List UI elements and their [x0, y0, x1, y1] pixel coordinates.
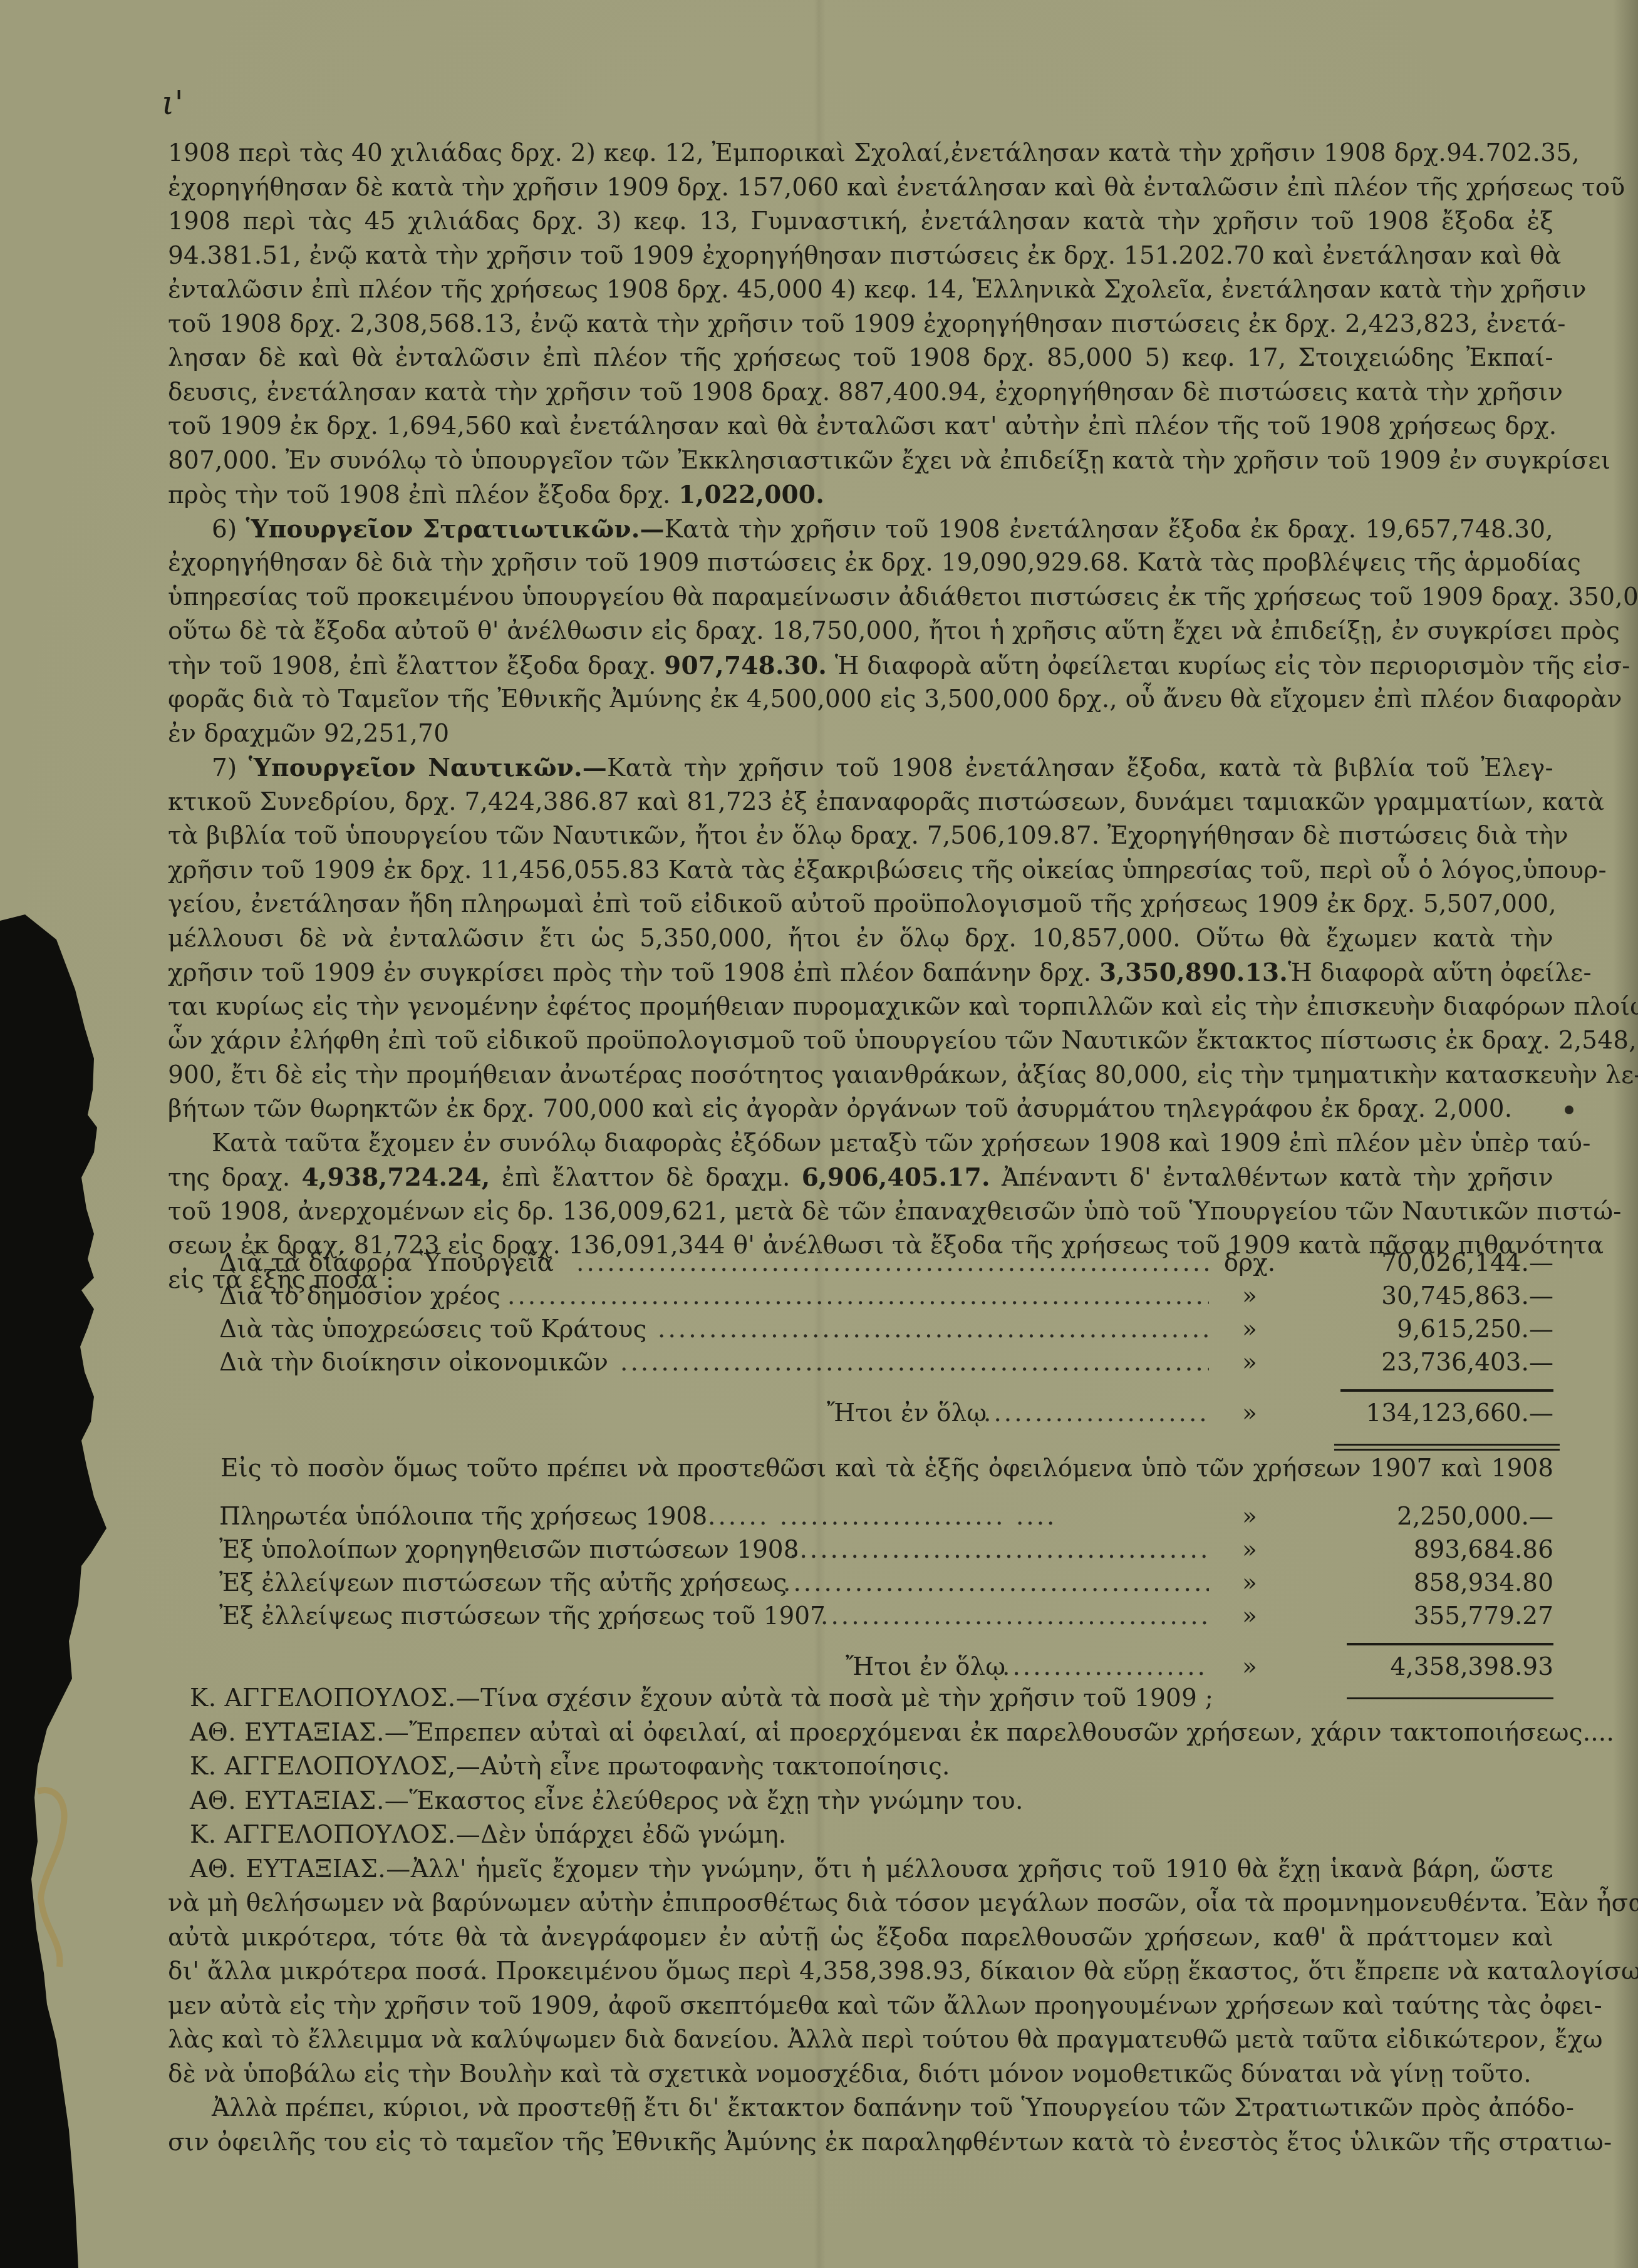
- military-diff-amount: 907,748.30.: [664, 651, 827, 680]
- leader-dots: ........................................…: [620, 1346, 1209, 1379]
- text-line: της δραχ. 4,938,724.24, ἐπὶ ἔλαττον δὲ δ…: [168, 1161, 1553, 1195]
- text-line: βήτων τῶν θωρηκτῶν ἐκ δρχ. 700,000 καὶ ε…: [168, 1092, 1553, 1127]
- table-row: Διὰ τὰ διάφορα Ὑπουργεῖα ...............…: [219, 1246, 1553, 1280]
- dialogue-line: Κ. ΑΓΓΕΛΟΠΟΥΛΟΣ.—Δὲν ὑπάρχει ἐδῶ γνώμη.: [168, 1818, 1553, 1853]
- amount-less: 6,906,405.17.: [802, 1163, 990, 1192]
- text-line: ἐνταλῶσιν ἐπὶ πλέον τῆς χρήσεως 1908 δρχ…: [168, 273, 1553, 308]
- text-line: ὑπηρεσίας τοῦ προκειμένου ὑπουργείου θὰ …: [168, 581, 1553, 615]
- table-total-row: Ἤτοι ἐν ὅλῳ .......................... »…: [219, 1650, 1553, 1684]
- text-line: κτικοῦ Συνεδρίου, δρχ. 7,424,386.87 καὶ …: [168, 785, 1553, 820]
- expenses-table-1909: Διὰ τὰ διάφορα Ὑπουργεῖα ...............…: [219, 1246, 1553, 1430]
- text-line: οὕτω δὲ τὰ ἔξοδα αὐτοῦ θ' ἀνέλθωσιν εἰς …: [168, 614, 1553, 649]
- text-line: τὴν τοῦ 1908, ἐπὶ ἔλαττον ἔξοδα δραχ. 90…: [168, 649, 1553, 683]
- text-line: δὲ νὰ ὑποβάλω εἰς τὴν Βουλὴν καὶ τὰ σχετ…: [168, 2058, 1553, 2092]
- section-heading-line: 7) Ὑπουργεῖον Ναυτικῶν.—Κατὰ τὴν χρῆσιν …: [168, 751, 1553, 785]
- text-line: τὰ βιβλία τοῦ ὑπουργείου τῶν Ναυτικῶν, ἤ…: [168, 819, 1553, 854]
- text-line: ἐχορηγήθησαν δὲ κατὰ τὴν χρῆσιν 1909 δρχ…: [168, 171, 1553, 205]
- text-line: δευσις, ἐνετάλησαν κατὰ τὴν χρῆσιν τοῦ 1…: [168, 376, 1553, 410]
- ink-dot: [1565, 1106, 1573, 1114]
- dialogue-line: ΑΘ. ΕΥΤΑΞΙΑΣ.—Ἕκαστος εἶνε ἐλεύθερος νὰ …: [168, 1784, 1553, 1819]
- page-number-marker: ι': [162, 85, 184, 122]
- table-row: Διὰ τὰς ὑποχρεώσεις τοῦ Κράτους ........…: [219, 1313, 1553, 1346]
- section-heading-line: 6) Ὑπουργεῖον Στρατιωτικῶν.—Κατὰ τὴν χρῆ…: [168, 512, 1553, 547]
- text-line: λὰς καὶ τὸ ἔλλειμμα νὰ καλύψωμεν διὰ δαν…: [168, 2023, 1553, 2058]
- text-line: 1908 περὶ τὰς 40 χιλιάδας δρχ. 2) κεφ. 1…: [168, 137, 1553, 171]
- text-line: μεν αὐτὰ εἰς τὴν χρῆσιν τοῦ 1909, ἀφοῦ σ…: [168, 1989, 1553, 2024]
- table-row: Πληρωτέα ὑπόλοιπα τῆς χρήσεως 1908 .....…: [219, 1500, 1553, 1533]
- speaker-name: ΑΘ. ΕΥΤΑΞΙΑΣ.—: [190, 1855, 411, 1883]
- outstanding-obligations-table: Πληρωτέα ὑπόλοιπα τῆς χρήσεως 1908 .....…: [219, 1500, 1553, 1684]
- text-line: γείου, ἐνετάλησαν ἤδη πληρωμαὶ ἐπὶ τοῦ ε…: [168, 888, 1553, 922]
- body-text-column: 1908 περὶ τὰς 40 χιλιάδας δρχ. 2) κεφ. 1…: [168, 137, 1553, 1297]
- text-line: ἐν δραχμῶν 92,251,70: [168, 717, 1553, 752]
- text-line: λησαν δὲ καὶ θὰ ἐνταλῶσιν ἐπὶ πλέον τῆς …: [168, 341, 1553, 376]
- table-2-intro: Εἰς τὸ ποσὸν ὅμως τοῦτο πρέπει νὰ προστε…: [220, 1454, 1553, 1483]
- text-line: ἐχορηγήθησαν δὲ διὰ τὴν χρῆσιν τοῦ 1909 …: [168, 546, 1553, 581]
- text-line: φορᾶς διὰ τὸ Ταμεῖον τῆς Ἐθνικῆς Ἀμύνης …: [168, 683, 1553, 717]
- leader-dots: ........................................…: [789, 1533, 1209, 1566]
- text-line: ὧν χάριν ἐλήφθη ἐπὶ τοῦ εἰδικοῦ προϋπολο…: [168, 1024, 1553, 1059]
- text-line: 807,000. Ἐν συνόλῳ τὸ ὑπουργεῖον τῶν Ἐκκ…: [168, 444, 1553, 479]
- text-line: νὰ μὴ θελήσωμεν νὰ βαρύνωμεν αὐτὴν ἐπιπρ…: [168, 1887, 1553, 1921]
- text-line: τοῦ 1908, ἀνερχομένων εἰς δρ. 136,009,62…: [168, 1195, 1553, 1230]
- speaker-name: ΑΘ. ΕΥΤΑΞΙΑΣ.—: [190, 1719, 409, 1747]
- leader-dots: ........................................…: [821, 1600, 1209, 1633]
- text-line: μέλλουσι δὲ νὰ ἐνταλῶσιν ἔτι ὡς 5,350,00…: [168, 922, 1553, 956]
- text-line: ται κυρίως εἰς τὴν γενομένην ἐφέτος προμ…: [168, 990, 1553, 1025]
- total-ecclesiastical-amount: 1,022,000.: [678, 480, 824, 509]
- total-double-rule: [1334, 1444, 1560, 1451]
- parliamentary-dialogue: Κ. ΑΓΓΕΛΟΠΟΥΛΟΣ.—Τίνα σχέσιν ἔχουν αὐτὰ …: [168, 1682, 1553, 2160]
- text-line: χρῆσιν τοῦ 1909 ἐκ δρχ. 11,456,055.83 Κα…: [168, 854, 1553, 888]
- table-row: Διὰ τὸ δημόσιον χρέος ..................…: [219, 1280, 1553, 1313]
- leader-dots: ........................................…: [783, 1566, 1209, 1600]
- sum-rule: [1347, 1643, 1553, 1645]
- table-row: Διὰ τὴν διοίκησιν οἰκονομικῶν ..........…: [219, 1346, 1553, 1379]
- text-line: 94.381.51, ἐνῷ κατὰ τὴν χρῆσιν τοῦ 1909 …: [168, 239, 1553, 274]
- leader-dots: ........................................…: [507, 1280, 1209, 1313]
- text-line: Κατὰ ταῦτα ἔχομεν ἐν συνόλῳ διαφορὰς ἐξό…: [168, 1127, 1553, 1161]
- table-1-total: 134,123,660.—: [1347, 1397, 1553, 1430]
- section-title-naval: Ὑπουργεῖον Ναυτικῶν.—: [249, 753, 607, 782]
- naval-diff-amount: 3,350,890.13.: [1099, 958, 1288, 987]
- speaker-name: Κ. ΑΓΓΕΛΟΠΟΥΛΟΣ.—: [190, 1821, 480, 1849]
- dialogue-line: Κ. ΑΓΓΕΛΟΠΟΥΛΟΣ.—Τίνα σχέσιν ἔχουν αὐτὰ …: [168, 1682, 1553, 1716]
- text-line: πρὸς τὴν τοῦ 1908 ἐπὶ πλέον ἔξοδα δρχ. 1…: [168, 478, 1553, 512]
- table-total-row: Ἤτοι ἐν ὅλῳ ............................…: [219, 1397, 1553, 1430]
- text-line: 1908 περὶ τὰς 45 χιλιάδας δρχ. 3) κεφ. 1…: [168, 205, 1553, 239]
- section-title-military: Ὑπουργεῖον Στρατιωτικῶν.—: [246, 515, 665, 544]
- text-line: τοῦ 1908 δρχ. 2,308,568.13, ἐνῷ κατὰ τὴν…: [168, 308, 1553, 342]
- leader-dots: ...... ...................... ....: [708, 1500, 1209, 1533]
- speaker-name: ΑΘ. ΕΥΤΑΞΙΑΣ.—: [190, 1787, 409, 1815]
- table-2-total: 4,358,398.93: [1347, 1650, 1553, 1684]
- table-row: Ἐξ ὑπολοίπων χορηγηθεισῶν πιστώσεων 1908…: [219, 1533, 1553, 1566]
- speaker-name: Κ. ΑΓΓΕΛΟΠΟΥΛΟΣ.—: [190, 1684, 480, 1712]
- leader-dots: ..................................: [983, 1397, 1209, 1430]
- speaker-name: Κ. ΑΓΓΕΛΟΠΟΥΛΟΣ,—: [190, 1753, 480, 1781]
- leader-dots: ..........................: [1002, 1650, 1209, 1684]
- text-line: 900, ἔτι δὲ εἰς τὴν προμήθειαν ἀνωτέρας …: [168, 1059, 1553, 1093]
- table-row: Ἐξ ἐλλείψεων πιστώσεων τῆς αὐτῆς χρήσεως…: [219, 1566, 1553, 1600]
- text-line: τοῦ 1909 ἐκ δρχ. 1,694,560 καὶ ἐνετάλησα…: [168, 410, 1553, 444]
- page-edge-shadow: [1613, 0, 1638, 2268]
- text-line: χρῆσιν τοῦ 1909 ἐν συγκρίσει πρὸς τὴν το…: [168, 956, 1553, 990]
- text-line: σιν ὀφειλῆς του εἰς τὸ ταμεῖον τῆς Ἐθνικ…: [168, 2126, 1553, 2160]
- text-line: Ἀλλὰ πρέπει, κύριοι, νὰ προστεθῇ ἔτι δι'…: [168, 2091, 1553, 2126]
- dialogue-line: ΑΘ. ΕΥΤΑΞΙΑΣ.—Ἀλλ' ἡμεῖς ἔχομεν τὴν γνώμ…: [168, 1853, 1553, 1887]
- text-line: δι' ἄλλα μικρότερα ποσά. Προκειμένου ὅμω…: [168, 1955, 1553, 1989]
- sum-rule: [1340, 1389, 1553, 1392]
- text-line: αὐτὰ μικρότερα, τότε θὰ τὰ ἀνεγράφομεν ἐ…: [168, 1921, 1553, 1955]
- dialogue-line: ΑΘ. ΕΥΤΑΞΙΑΣ.—Ἔπρεπεν αὐταὶ αἱ ὀφειλαί, …: [168, 1716, 1553, 1751]
- amount-more: 4,938,724.24,: [301, 1163, 490, 1192]
- leader-dots: ........................................…: [576, 1246, 1209, 1280]
- dialogue-line: Κ. ΑΓΓΕΛΟΠΟΥΛΟΣ,—Αὐτὴ εἶνε πρωτοφανὴς τα…: [168, 1750, 1553, 1784]
- leader-dots: ........................................…: [658, 1313, 1209, 1346]
- table-row: Ἐξ ἐλλείψεως πιστώσεων τῆς χρήσεως τοῦ 1…: [219, 1600, 1553, 1633]
